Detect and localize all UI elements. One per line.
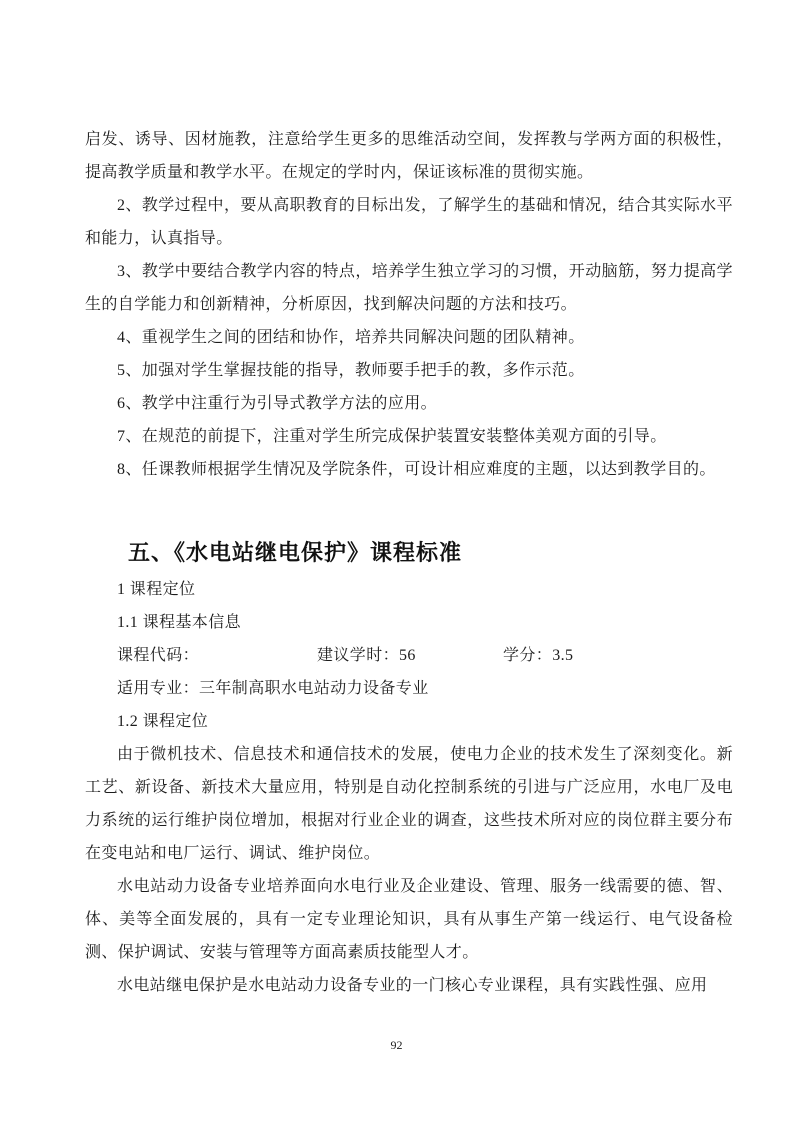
credits-value: 学分：3.5: [503, 639, 733, 672]
document-page: 启发、诱导、因材施教，注意给学生更多的思维活动空间，发挥教与学两方面的积极性，提…: [0, 0, 793, 1122]
subsection-title-1: 1 课程定位: [85, 573, 733, 606]
teaching-point-paragraph-3: 3、教学中要结合教学内容的特点，培养学生独立学习的习惯，开动脑筋，努力提高学生的…: [85, 255, 733, 321]
teaching-point-paragraph-2: 2、教学过程中，要从高职教育的目标出发，了解学生的基础和情况，结合其实际水平和能…: [85, 189, 733, 255]
subsection-title-1-2: 1.2 课程定位: [85, 705, 733, 738]
teaching-point-paragraph-6: 6、教学中注重行为引导式教学方法的应用。: [85, 387, 733, 420]
subsection-title-1-1: 1.1 课程基本信息: [85, 606, 733, 639]
section-heading: 五、《水电站继电保护》课程标准: [85, 533, 733, 573]
teaching-point-paragraph-4: 4、重视学生之间的团结和协作，培养共同解决问题的团队精神。: [85, 321, 733, 354]
page-content: 启发、诱导、因材施教，注意给学生更多的思维活动空间，发挥教与学两方面的积极性，提…: [85, 123, 733, 1002]
course-positioning-paragraph-1: 由于微机技术、信息技术和通信技术的发展，使电力企业的技术发生了深刻变化。新工艺、…: [85, 738, 733, 870]
course-info-line: 课程代码： 建议学时：56 学分：3.5: [85, 639, 733, 672]
teaching-point-paragraph-5: 5、加强对学生掌握技能的指导，教师要手把手的教，多作示范。: [85, 354, 733, 387]
page-number: 92: [0, 1037, 793, 1053]
teaching-point-paragraph-8: 8、任课教师根据学生情况及学院条件，可设计相应难度的主题，以达到教学目的。: [85, 453, 733, 486]
teaching-point-paragraph-7: 7、在规范的前提下，注重对学生所完成保护装置安装整体美观方面的引导。: [85, 420, 733, 453]
suggested-hours-value: 建议学时：56: [317, 639, 503, 672]
course-positioning-paragraph-3: 水电站继电保护是水电站动力设备专业的一门核心专业课程，具有实践性强、应用: [85, 969, 733, 1002]
applicable-major-line: 适用专业：三年制高职水电站动力设备专业: [85, 672, 733, 705]
course-positioning-paragraph-2: 水电站动力设备专业培养面向水电行业及企业建设、管理、服务一线需要的德、智、体、美…: [85, 870, 733, 969]
teaching-point-paragraph-continuation: 启发、诱导、因材施教，注意给学生更多的思维活动空间，发挥教与学两方面的积极性，提…: [85, 123, 733, 189]
course-code-label: 课程代码：: [117, 639, 317, 672]
